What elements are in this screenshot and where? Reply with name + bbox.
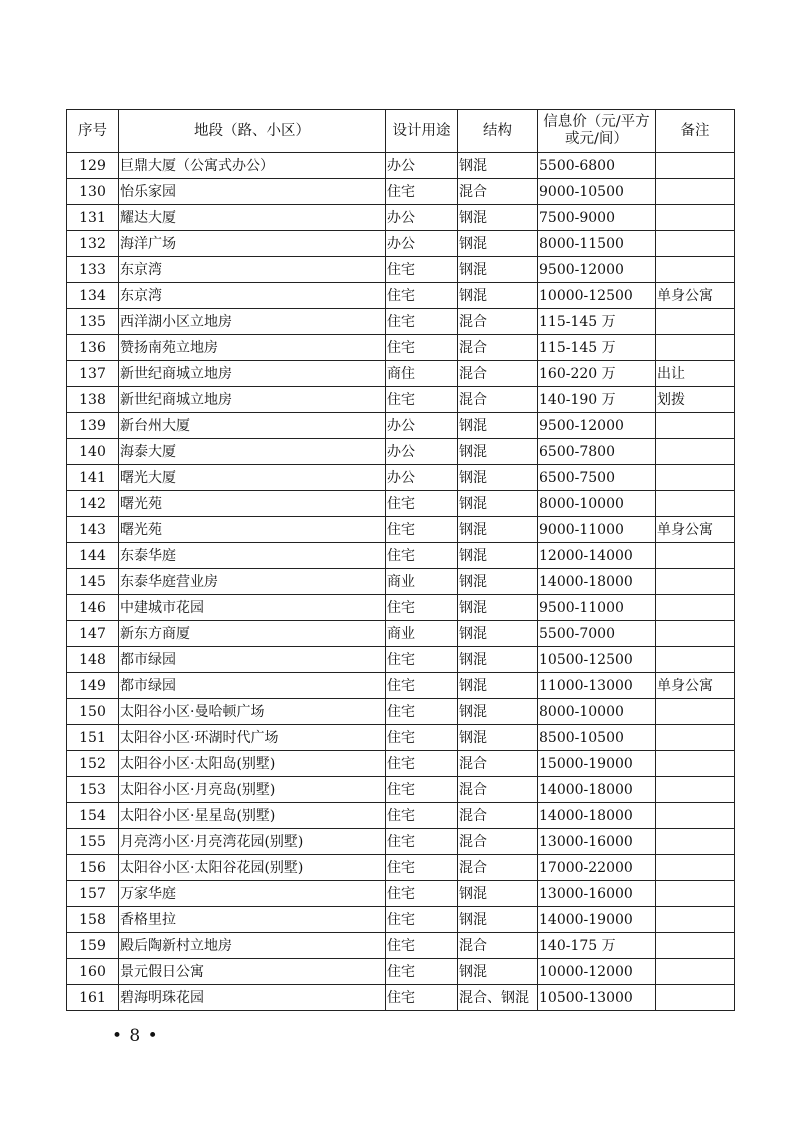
cell-price: 5500-6800 <box>538 153 656 179</box>
cell-structure: 钢混 <box>458 153 538 179</box>
cell-structure: 钢混 <box>458 257 538 283</box>
header-structure: 结构 <box>458 110 538 153</box>
cell-price: 14000-18000 <box>538 569 656 595</box>
cell-location: 曙光苑 <box>119 517 386 543</box>
cell-location: 碧海明珠花园 <box>119 985 386 1011</box>
cell-usage: 办公 <box>386 231 458 257</box>
table-row: 151太阳谷小区·环湖时代广场住宅钢混8500-10500 <box>67 725 735 751</box>
cell-usage: 商业 <box>386 569 458 595</box>
cell-location: 东京湾 <box>119 257 386 283</box>
table-row: 152太阳谷小区·太阳岛(别墅)住宅混合15000-19000 <box>67 751 735 777</box>
cell-usage: 住宅 <box>386 647 458 673</box>
cell-location: 东泰华庭营业房 <box>119 569 386 595</box>
cell-location: 新东方商厦 <box>119 621 386 647</box>
cell-index: 161 <box>67 985 119 1011</box>
document-page: 序号 地段（路、小区） 设计用途 结构 信息价（元/平方或元/间） 备注 129… <box>0 0 800 1132</box>
cell-usage: 住宅 <box>386 309 458 335</box>
cell-structure: 混合 <box>458 179 538 205</box>
cell-location: 赞扬南苑立地房 <box>119 335 386 361</box>
cell-usage: 住宅 <box>386 179 458 205</box>
cell-structure: 混合 <box>458 387 538 413</box>
table-row: 132海洋广场办公钢混8000-11500 <box>67 231 735 257</box>
cell-structure: 混合 <box>458 829 538 855</box>
cell-index: 150 <box>67 699 119 725</box>
cell-index: 142 <box>67 491 119 517</box>
cell-index: 160 <box>67 959 119 985</box>
cell-index: 146 <box>67 595 119 621</box>
table-row: 140海泰大厦办公钢混6500-7800 <box>67 439 735 465</box>
cell-price: 5500-7000 <box>538 621 656 647</box>
cell-usage: 住宅 <box>386 933 458 959</box>
cell-price: 6500-7800 <box>538 439 656 465</box>
table-row: 148都市绿园住宅钢混10500-12500 <box>67 647 735 673</box>
cell-structure: 钢混 <box>458 673 538 699</box>
cell-remark <box>656 725 735 751</box>
cell-remark <box>656 231 735 257</box>
cell-location: 太阳谷小区·环湖时代广场 <box>119 725 386 751</box>
cell-index: 143 <box>67 517 119 543</box>
cell-price: 17000-22000 <box>538 855 656 881</box>
cell-price: 115-145 万 <box>538 335 656 361</box>
header-index: 序号 <box>67 110 119 153</box>
cell-index: 134 <box>67 283 119 309</box>
cell-remark <box>656 179 735 205</box>
cell-usage: 住宅 <box>386 829 458 855</box>
cell-usage: 住宅 <box>386 517 458 543</box>
cell-structure: 钢混 <box>458 413 538 439</box>
cell-location: 新世纪商城立地房 <box>119 361 386 387</box>
cell-usage: 住宅 <box>386 595 458 621</box>
cell-usage: 商业 <box>386 621 458 647</box>
cell-location: 太阳谷小区·曼哈顿广场 <box>119 699 386 725</box>
cell-structure: 混合 <box>458 335 538 361</box>
table-row: 144东泰华庭住宅钢混12000-14000 <box>67 543 735 569</box>
cell-index: 158 <box>67 907 119 933</box>
cell-location: 东京湾 <box>119 283 386 309</box>
cell-index: 135 <box>67 309 119 335</box>
cell-structure: 混合、钢混 <box>458 985 538 1011</box>
cell-usage: 住宅 <box>386 907 458 933</box>
cell-location: 新台州大厦 <box>119 413 386 439</box>
cell-location: 香格里拉 <box>119 907 386 933</box>
cell-index: 147 <box>67 621 119 647</box>
cell-index: 138 <box>67 387 119 413</box>
cell-index: 144 <box>67 543 119 569</box>
cell-price: 10000-12500 <box>538 283 656 309</box>
cell-remark <box>656 803 735 829</box>
cell-index: 148 <box>67 647 119 673</box>
cell-location: 海泰大厦 <box>119 439 386 465</box>
cell-location: 怡乐家园 <box>119 179 386 205</box>
cell-usage: 住宅 <box>386 725 458 751</box>
cell-usage: 办公 <box>386 205 458 231</box>
cell-price: 8000-10000 <box>538 699 656 725</box>
cell-usage: 办公 <box>386 465 458 491</box>
cell-structure: 钢混 <box>458 517 538 543</box>
cell-price: 9500-11000 <box>538 595 656 621</box>
cell-index: 129 <box>67 153 119 179</box>
cell-price: 14000-18000 <box>538 777 656 803</box>
cell-location: 都市绿园 <box>119 673 386 699</box>
table-row: 145东泰华庭营业房商业钢混14000-18000 <box>67 569 735 595</box>
cell-price: 9000-10500 <box>538 179 656 205</box>
table-row: 142曙光苑住宅钢混8000-10000 <box>67 491 735 517</box>
cell-index: 131 <box>67 205 119 231</box>
cell-usage: 办公 <box>386 439 458 465</box>
header-price: 信息价（元/平方或元/间） <box>538 110 656 153</box>
table-row: 147新东方商厦商业钢混5500-7000 <box>67 621 735 647</box>
cell-index: 154 <box>67 803 119 829</box>
cell-index: 149 <box>67 673 119 699</box>
cell-usage: 住宅 <box>386 543 458 569</box>
cell-price: 13000-16000 <box>538 881 656 907</box>
cell-price: 10000-12000 <box>538 959 656 985</box>
cell-index: 155 <box>67 829 119 855</box>
cell-remark <box>656 985 735 1011</box>
table-row: 157万家华庭住宅钢混13000-16000 <box>67 881 735 907</box>
cell-usage: 住宅 <box>386 855 458 881</box>
cell-structure: 钢混 <box>458 465 538 491</box>
cell-location: 巨鼎大厦（公寓式办公） <box>119 153 386 179</box>
cell-price: 7500-9000 <box>538 205 656 231</box>
table-body: 129巨鼎大厦（公寓式办公）办公钢混5500-6800130怡乐家园住宅混合90… <box>67 153 735 1011</box>
table-row: 155月亮湾小区·月亮湾花园(别墅)住宅混合13000-16000 <box>67 829 735 855</box>
table-row: 149都市绿园住宅钢混11000-13000单身公寓 <box>67 673 735 699</box>
page-number: • 8 • <box>112 1026 159 1046</box>
cell-usage: 办公 <box>386 153 458 179</box>
cell-remark <box>656 621 735 647</box>
cell-index: 130 <box>67 179 119 205</box>
cell-usage: 商住 <box>386 361 458 387</box>
cell-structure: 钢混 <box>458 959 538 985</box>
cell-location: 东泰华庭 <box>119 543 386 569</box>
cell-usage: 住宅 <box>386 803 458 829</box>
cell-structure: 混合 <box>458 361 538 387</box>
cell-price: 10500-13000 <box>538 985 656 1011</box>
cell-price: 9500-12000 <box>538 257 656 283</box>
cell-index: 156 <box>67 855 119 881</box>
cell-index: 157 <box>67 881 119 907</box>
cell-price: 8000-11500 <box>538 231 656 257</box>
cell-remark <box>656 413 735 439</box>
cell-location: 月亮湾小区·月亮湾花园(别墅) <box>119 829 386 855</box>
cell-structure: 钢混 <box>458 543 538 569</box>
cell-price: 14000-19000 <box>538 907 656 933</box>
cell-remark <box>656 595 735 621</box>
cell-remark <box>656 205 735 231</box>
table-row: 129巨鼎大厦（公寓式办公）办公钢混5500-6800 <box>67 153 735 179</box>
cell-price: 140-175 万 <box>538 933 656 959</box>
cell-remark <box>656 933 735 959</box>
cell-structure: 钢混 <box>458 881 538 907</box>
cell-location: 太阳谷小区·太阳岛(别墅) <box>119 751 386 777</box>
cell-usage: 住宅 <box>386 777 458 803</box>
cell-location: 西洋湖小区立地房 <box>119 309 386 335</box>
cell-remark <box>656 751 735 777</box>
cell-structure: 钢混 <box>458 283 538 309</box>
cell-structure: 钢混 <box>458 231 538 257</box>
cell-price: 8000-10000 <box>538 491 656 517</box>
cell-location: 殿后陶新村立地房 <box>119 933 386 959</box>
cell-remark <box>656 465 735 491</box>
cell-location: 新世纪商城立地房 <box>119 387 386 413</box>
cell-index: 136 <box>67 335 119 361</box>
cell-location: 海洋广场 <box>119 231 386 257</box>
cell-usage: 住宅 <box>386 881 458 907</box>
cell-price: 13000-16000 <box>538 829 656 855</box>
cell-usage: 住宅 <box>386 283 458 309</box>
cell-remark <box>656 543 735 569</box>
cell-location: 景元假日公寓 <box>119 959 386 985</box>
cell-structure: 钢混 <box>458 647 538 673</box>
cell-index: 139 <box>67 413 119 439</box>
cell-structure: 钢混 <box>458 725 538 751</box>
table-row: 134东京湾住宅钢混10000-12500单身公寓 <box>67 283 735 309</box>
cell-remark <box>656 699 735 725</box>
cell-structure: 混合 <box>458 751 538 777</box>
table-row: 146中建城市花园住宅钢混9500-11000 <box>67 595 735 621</box>
cell-index: 137 <box>67 361 119 387</box>
cell-price: 9500-12000 <box>538 413 656 439</box>
cell-structure: 钢混 <box>458 595 538 621</box>
cell-price: 11000-13000 <box>538 673 656 699</box>
table-row: 135西洋湖小区立地房住宅混合115-145 万 <box>67 309 735 335</box>
cell-structure: 钢混 <box>458 491 538 517</box>
cell-usage: 住宅 <box>386 673 458 699</box>
cell-location: 万家华庭 <box>119 881 386 907</box>
table-row: 156太阳谷小区·太阳谷花园(别墅)住宅混合17000-22000 <box>67 855 735 881</box>
cell-structure: 钢混 <box>458 699 538 725</box>
cell-structure: 混合 <box>458 777 538 803</box>
cell-remark <box>656 959 735 985</box>
cell-price: 160-220 万 <box>538 361 656 387</box>
cell-price: 15000-19000 <box>538 751 656 777</box>
cell-price: 115-145 万 <box>538 309 656 335</box>
cell-remark: 出让 <box>656 361 735 387</box>
cell-price: 12000-14000 <box>538 543 656 569</box>
cell-remark <box>656 153 735 179</box>
cell-structure: 钢混 <box>458 439 538 465</box>
cell-usage: 住宅 <box>386 335 458 361</box>
table-row: 158香格里拉住宅钢混14000-19000 <box>67 907 735 933</box>
cell-location: 太阳谷小区·星星岛(别墅) <box>119 803 386 829</box>
cell-index: 152 <box>67 751 119 777</box>
table-row: 159殿后陶新村立地房住宅混合140-175 万 <box>67 933 735 959</box>
cell-price: 14000-18000 <box>538 803 656 829</box>
cell-remark <box>656 257 735 283</box>
table-row: 136赞扬南苑立地房住宅混合115-145 万 <box>67 335 735 361</box>
cell-price: 9000-11000 <box>538 517 656 543</box>
cell-structure: 钢混 <box>458 907 538 933</box>
table-row: 133东京湾住宅钢混9500-12000 <box>67 257 735 283</box>
cell-remark <box>656 647 735 673</box>
cell-remark <box>656 777 735 803</box>
header-remark: 备注 <box>656 110 735 153</box>
cell-remark <box>656 309 735 335</box>
cell-remark <box>656 829 735 855</box>
cell-structure: 混合 <box>458 309 538 335</box>
cell-remark: 单身公寓 <box>656 283 735 309</box>
cell-index: 153 <box>67 777 119 803</box>
cell-index: 151 <box>67 725 119 751</box>
cell-location: 中建城市花园 <box>119 595 386 621</box>
cell-location: 太阳谷小区·太阳谷花园(别墅) <box>119 855 386 881</box>
price-info-table: 序号 地段（路、小区） 设计用途 结构 信息价（元/平方或元/间） 备注 129… <box>66 109 735 1011</box>
cell-location: 曙光大厦 <box>119 465 386 491</box>
table-row: 131耀达大厦办公钢混7500-9000 <box>67 205 735 231</box>
cell-usage: 住宅 <box>386 985 458 1011</box>
table-row: 139新台州大厦办公钢混9500-12000 <box>67 413 735 439</box>
header-usage: 设计用途 <box>386 110 458 153</box>
cell-usage: 住宅 <box>386 751 458 777</box>
cell-location: 太阳谷小区·月亮岛(别墅) <box>119 777 386 803</box>
cell-remark <box>656 335 735 361</box>
table-row: 130怡乐家园住宅混合9000-10500 <box>67 179 735 205</box>
cell-remark <box>656 491 735 517</box>
cell-usage: 住宅 <box>386 387 458 413</box>
cell-remark: 单身公寓 <box>656 673 735 699</box>
cell-usage: 住宅 <box>386 959 458 985</box>
table-header-row: 序号 地段（路、小区） 设计用途 结构 信息价（元/平方或元/间） 备注 <box>67 110 735 153</box>
cell-price: 8500-10500 <box>538 725 656 751</box>
cell-location: 都市绿园 <box>119 647 386 673</box>
header-location: 地段（路、小区） <box>119 110 386 153</box>
cell-usage: 住宅 <box>386 699 458 725</box>
cell-structure: 钢混 <box>458 621 538 647</box>
table-row: 137新世纪商城立地房商住混合160-220 万出让 <box>67 361 735 387</box>
table-row: 150太阳谷小区·曼哈顿广场住宅钢混8000-10000 <box>67 699 735 725</box>
cell-remark <box>656 439 735 465</box>
cell-location: 曙光苑 <box>119 491 386 517</box>
cell-price: 140-190 万 <box>538 387 656 413</box>
table-row: 138新世纪商城立地房住宅混合140-190 万划拨 <box>67 387 735 413</box>
cell-index: 132 <box>67 231 119 257</box>
table-row: 161碧海明珠花园住宅混合、钢混10500-13000 <box>67 985 735 1011</box>
cell-remark: 单身公寓 <box>656 517 735 543</box>
cell-structure: 钢混 <box>458 205 538 231</box>
cell-structure: 混合 <box>458 933 538 959</box>
cell-remark <box>656 881 735 907</box>
cell-index: 141 <box>67 465 119 491</box>
cell-location: 耀达大厦 <box>119 205 386 231</box>
table-row: 141曙光大厦办公钢混6500-7500 <box>67 465 735 491</box>
cell-index: 145 <box>67 569 119 595</box>
cell-structure: 混合 <box>458 855 538 881</box>
cell-remark: 划拨 <box>656 387 735 413</box>
cell-structure: 钢混 <box>458 569 538 595</box>
cell-remark <box>656 907 735 933</box>
table-row: 143曙光苑住宅钢混9000-11000单身公寓 <box>67 517 735 543</box>
cell-usage: 住宅 <box>386 257 458 283</box>
cell-remark <box>656 855 735 881</box>
cell-structure: 混合 <box>458 803 538 829</box>
cell-usage: 住宅 <box>386 491 458 517</box>
table-row: 154太阳谷小区·星星岛(别墅)住宅混合14000-18000 <box>67 803 735 829</box>
table-row: 153太阳谷小区·月亮岛(别墅)住宅混合14000-18000 <box>67 777 735 803</box>
cell-index: 159 <box>67 933 119 959</box>
cell-price: 6500-7500 <box>538 465 656 491</box>
cell-index: 140 <box>67 439 119 465</box>
cell-price: 10500-12500 <box>538 647 656 673</box>
cell-index: 133 <box>67 257 119 283</box>
cell-usage: 办公 <box>386 413 458 439</box>
table-row: 160景元假日公寓住宅钢混10000-12000 <box>67 959 735 985</box>
cell-remark <box>656 569 735 595</box>
